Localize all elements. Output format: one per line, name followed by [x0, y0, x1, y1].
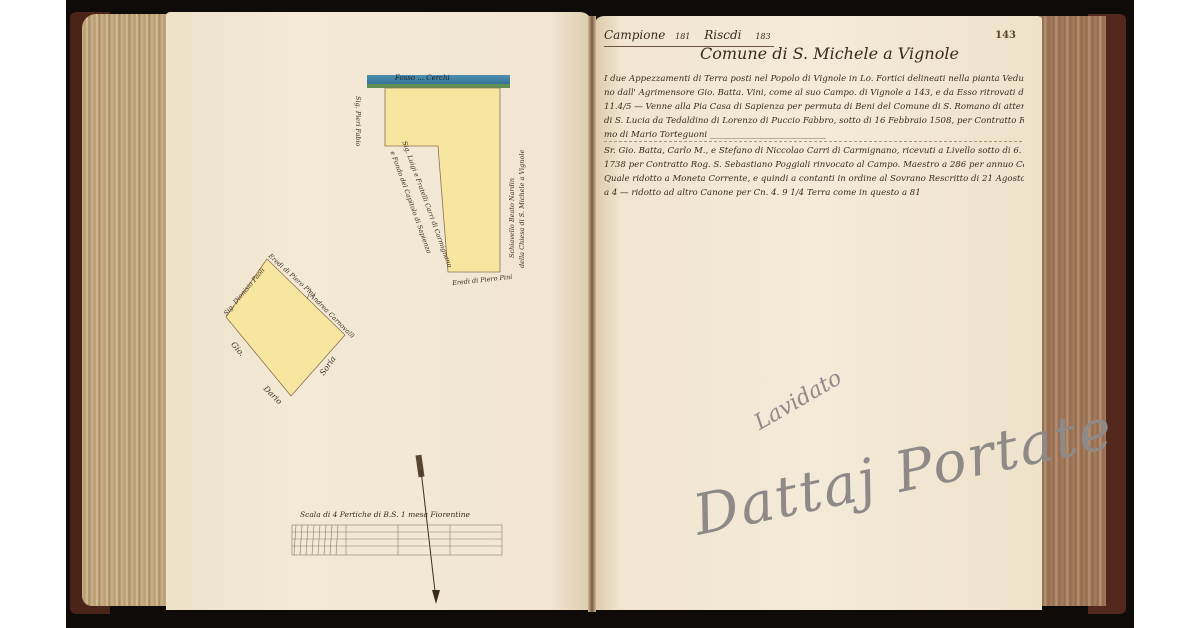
- lower-parcel-shape: [226, 259, 345, 396]
- text-line: 11.4/5 — Venne alla Pia Casa di Sapienza…: [604, 100, 1024, 114]
- text-line: Quale ridotto a Moneta Corrente, e quind…: [604, 172, 1024, 186]
- document-title: Comune di S. Michele a Vignole: [700, 44, 950, 63]
- text-line: mo di Mario Torteguoni _________________…: [604, 128, 1024, 142]
- campione-label: Campione: [604, 28, 665, 42]
- upper-parcel-left-label: Sig. Pieri Fabio: [354, 96, 362, 146]
- text-line: Sr. Gio. Batta, Carlo M., e Stefano di N…: [604, 144, 1024, 158]
- entry-paragraph-2: Sr. Gio. Batta, Carlo M., e Stefano di N…: [604, 144, 1024, 200]
- text-line: a 4 — ridotto ad altro Canone per Cn. 4.…: [604, 186, 1024, 200]
- compass-arrow: [415, 455, 440, 604]
- header-references: Campione 181 Riscdi 183: [604, 28, 771, 42]
- text-line: 1738 per Contratto Rog. S. Sebastiano Po…: [604, 158, 1024, 172]
- text-line: di S. Lucia da Tedaldino di Lorenzo di P…: [604, 114, 1024, 128]
- entry-paragraph-1: I due Appezzamenti di Terra posti nel Po…: [604, 72, 1024, 142]
- text-line: I due Appezzamenti di Terra posti nel Po…: [604, 72, 1024, 86]
- scale-bar: [292, 525, 502, 555]
- campione-value: 181: [675, 32, 690, 41]
- text-line: no dall' Agrimensore Gio. Batta. Vini, c…: [604, 86, 1024, 100]
- upper-parcel-right-label-2: della Chiesa di S. Michele a Vignole: [518, 150, 526, 268]
- entry-separator: [604, 141, 1022, 143]
- book-gutter: [588, 16, 596, 612]
- riscontri-label: Riscdi: [704, 28, 741, 42]
- upper-parcel-right-label-1: Schiavello Beato Nardin: [508, 178, 516, 258]
- riscontri-value: 183: [755, 32, 770, 41]
- scale-title: Scala di 4 Pertiche di B.S. 1 mesa Fiore…: [300, 510, 470, 519]
- page-number: 143: [995, 30, 1016, 41]
